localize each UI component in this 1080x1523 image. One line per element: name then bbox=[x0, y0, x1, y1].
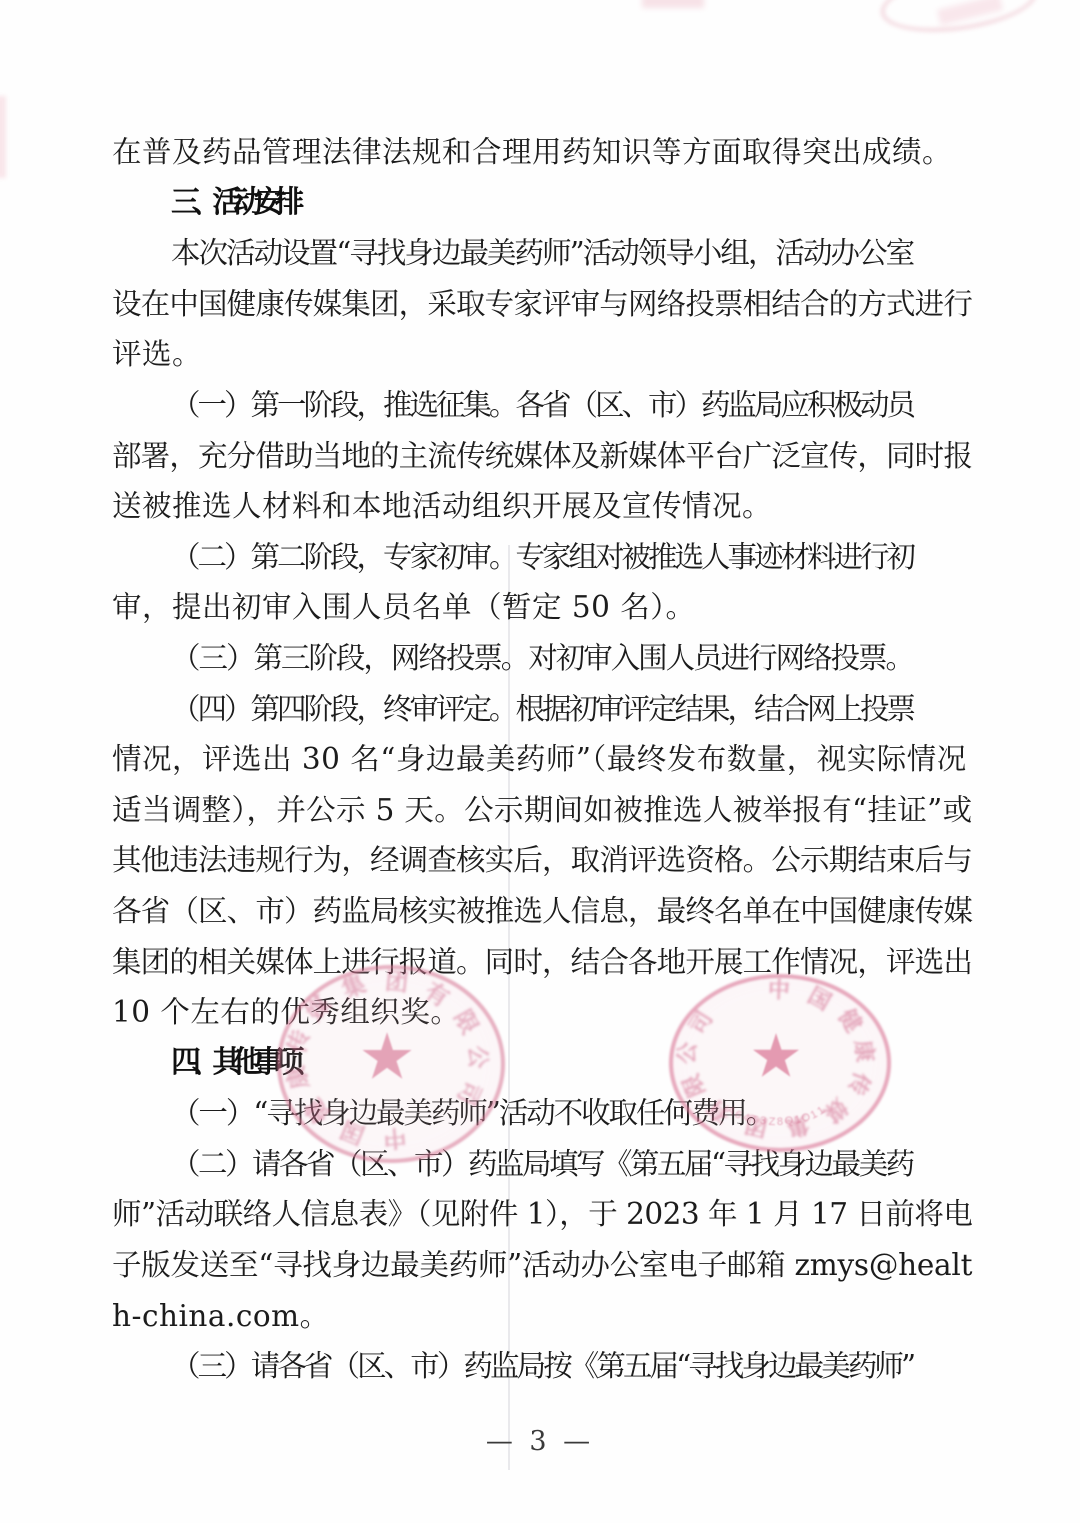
text-line: （一）第一阶段，推选征集。各省（区、市）药监局应积极动员 bbox=[112, 380, 972, 431]
section-heading: 三、活动安排 bbox=[112, 178, 972, 229]
text-line: 10 个左右的优秀组织奖。 bbox=[112, 987, 972, 1038]
text-line: 适当调整），并公示 5 天。公示期间如被推选人被举报有“挂证”或 bbox=[112, 785, 972, 836]
stamp-fragment-top-right bbox=[877, 0, 1041, 41]
text-line: 集团的相关媒体上进行报道。同时，结合各地开展工作情况，评选出 bbox=[112, 937, 972, 988]
stamp-fragment-top-right bbox=[937, 0, 1003, 26]
text-line: 其他违法违规行为，经调查核实后，取消评选资格。公示期结束后与 bbox=[112, 835, 972, 886]
section-heading: 四、其他事项 bbox=[112, 1038, 972, 1089]
text-line: （四）第四阶段，终审评定。根据初审评定结果，结合网上投票 bbox=[112, 684, 972, 735]
stamp-fragment-top-middle bbox=[642, 0, 704, 8]
text-line: （三）第三阶段，网络投票。对初审入围人员进行网络投票。 bbox=[112, 633, 972, 684]
text-line: 本次活动设置“寻找身边最美药师”活动领导小组，活动办公室 bbox=[112, 228, 972, 279]
text-line: （三）请各省（区、市）药监局按《第五届“寻找身边最美药师” bbox=[112, 1341, 972, 1392]
document-body: 在普及药品管理法律法规和合理用药知识等方面取得突出成绩。三、活动安排本次活动设置… bbox=[112, 127, 972, 1392]
text-line: 子版发送至“寻找身边最美药师”活动办公室电子邮箱 zmys@healt bbox=[112, 1240, 972, 1291]
text-line: 各省（区、市）药监局核实被推选人信息，最终名单在中国健康传媒 bbox=[112, 886, 972, 937]
text-line: 设在中国健康传媒集团，采取专家评审与网络投票相结合的方式进行 bbox=[112, 279, 972, 330]
text-line: 送被推选人材料和本地活动组织开展及宣传情况。 bbox=[112, 481, 972, 532]
scanned-document-page: 在普及药品管理法律法规和合理用药知识等方面取得突出成绩。三、活动安排本次活动设置… bbox=[0, 0, 1080, 1523]
text-line: （二）第二阶段，专家初审。专家组对被推选人事迹材料进行初 bbox=[112, 532, 972, 583]
text-line: 师”活动联络人信息表》（见附件 1），于 2023 年 1 月 17 日前将电 bbox=[112, 1189, 972, 1240]
text-line: （一）“寻找身边最美药师”活动不收取任何费用。 bbox=[112, 1088, 972, 1139]
page-number: — 3 — bbox=[0, 1426, 1080, 1457]
text-line: 评选。 bbox=[112, 329, 972, 380]
text-line: 审，提出初审入围人员名单（暂定 50 名）。 bbox=[112, 582, 972, 633]
text-line: 部署，充分借助当地的主流传统媒体及新媒体平台广泛宣传，同时报 bbox=[112, 431, 972, 482]
text-line: 情况，评选出 30 名“身边最美药师”（最终发布数量，视实际情况 bbox=[112, 734, 972, 785]
text-line: h-china.com。 bbox=[112, 1291, 972, 1342]
text-line: （二）请各省（区、市）药监局填写《第五届“寻找身边最美药 bbox=[112, 1139, 972, 1190]
stamp-fragment-left-edge bbox=[0, 96, 6, 178]
text-line: 在普及药品管理法律法规和合理用药知识等方面取得突出成绩。 bbox=[112, 127, 972, 178]
